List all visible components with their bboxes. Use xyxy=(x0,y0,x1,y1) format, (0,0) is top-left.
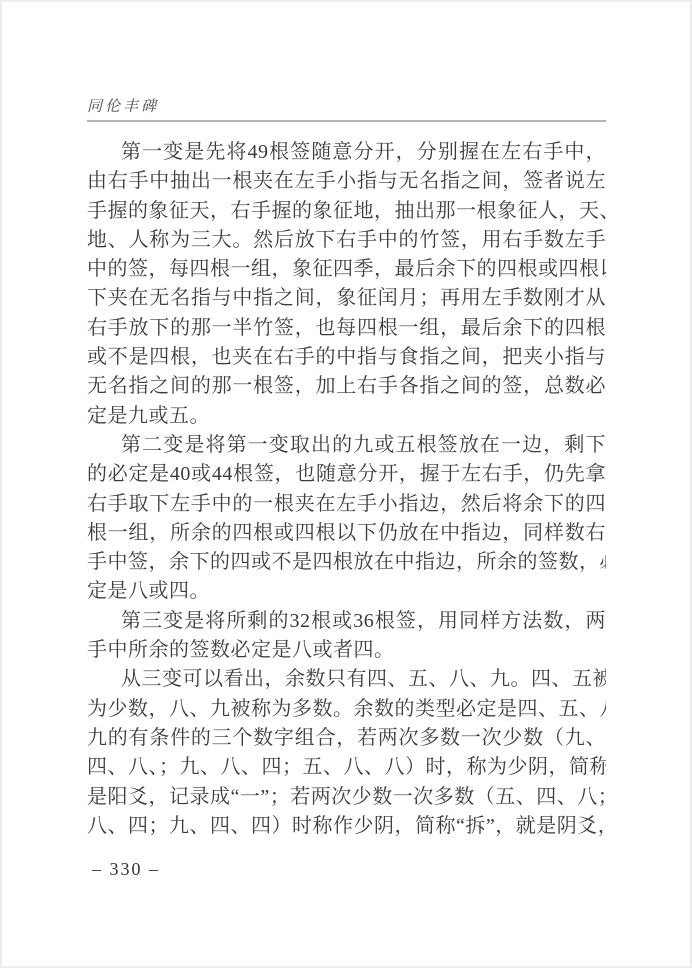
text-line: 第二变是将第一变取出的九或五根签放在一边，剩下 xyxy=(87,431,606,460)
text-line: 九的有条件的三个数字组合，若两次多数一次少数（九、 xyxy=(87,724,606,753)
text-line: 或不是四根，也夹在右手的中指与食指之间，把夹小指与 xyxy=(87,343,606,372)
text-line: 四、八、；九、八、四；五、八、八）时，称为少阴，简称“单”，就 xyxy=(87,753,606,782)
text-line: 下夹在无名指与中指之间，象征闰月；再用左手数刚才从 xyxy=(87,284,606,313)
text-line: 无名指之间的那一根签，加上右手各指之间的签，总数必 xyxy=(87,372,606,401)
running-title: 同伦丰碑 xyxy=(87,98,606,116)
text-line: 根一组，所余的四根或四根以下仍放在中指边，同样数右 xyxy=(87,519,606,548)
text-line: 的必定是40或44根签，也随意分开，握于左右手，仍先拿 xyxy=(87,460,606,489)
body-text: 第一变是先将49根签随意分开，分别握在左右手中，由右手中抽出一根夹在左手小指与无… xyxy=(87,138,606,841)
text-line: 手中所余的签数必定是八或者四。 xyxy=(87,636,606,665)
text-line: 是阳爻，记录成“一”；若两次少数一次多数（五、四、八；五、 xyxy=(87,783,606,812)
text-line: 地、人称为三大。然后放下右手中的竹签，用右手数左手 xyxy=(87,226,606,255)
text-line: 中的签，每四根一组，象征四季，最后余下的四根或四根以 xyxy=(87,255,606,284)
page-header: 同伦丰碑 xyxy=(87,98,606,122)
text-line: 定是八或四。 xyxy=(87,577,606,606)
text-line: 手握的象征天，右手握的象征地，抽出那一根象征人，天、 xyxy=(87,197,606,226)
text-line: 为少数，八、九被称为多数。余数的类型必定是四、五、八、 xyxy=(87,695,606,724)
text-line: 八、四；九、四、四）时称作少阴，简称“拆”，就是阴爻，记录 xyxy=(87,812,606,841)
header-rule xyxy=(87,120,606,122)
book-page: 同伦丰碑 第一变是先将49根签随意分开，分别握在左右手中，由右手中抽出一根夹在左… xyxy=(0,0,692,968)
text-line: 右手取下左手中的一根夹在左手小指边，然后将余下的四 xyxy=(87,490,606,519)
text-line: 由右手中抽出一根夹在左手小指与无名指之间，签者说左 xyxy=(87,167,606,196)
text-line: 第一变是先将49根签随意分开，分别握在左右手中， xyxy=(87,138,606,167)
text-line: 从三变可以看出，余数只有四、五、八、九。四、五被称 xyxy=(87,665,606,694)
text-line: 右手放下的那一半竹签，也每四根一组，最后余下的四根 xyxy=(87,314,606,343)
text-line: 第三变是将所剩的32根或36根签，用同样方法数，两 xyxy=(87,607,606,636)
page-number: – 330 – xyxy=(92,859,160,880)
text-line: 定是九或五。 xyxy=(87,402,606,431)
text-line: 手中签，余下的四或不是四根放在中指边，所余的签数，必 xyxy=(87,548,606,577)
